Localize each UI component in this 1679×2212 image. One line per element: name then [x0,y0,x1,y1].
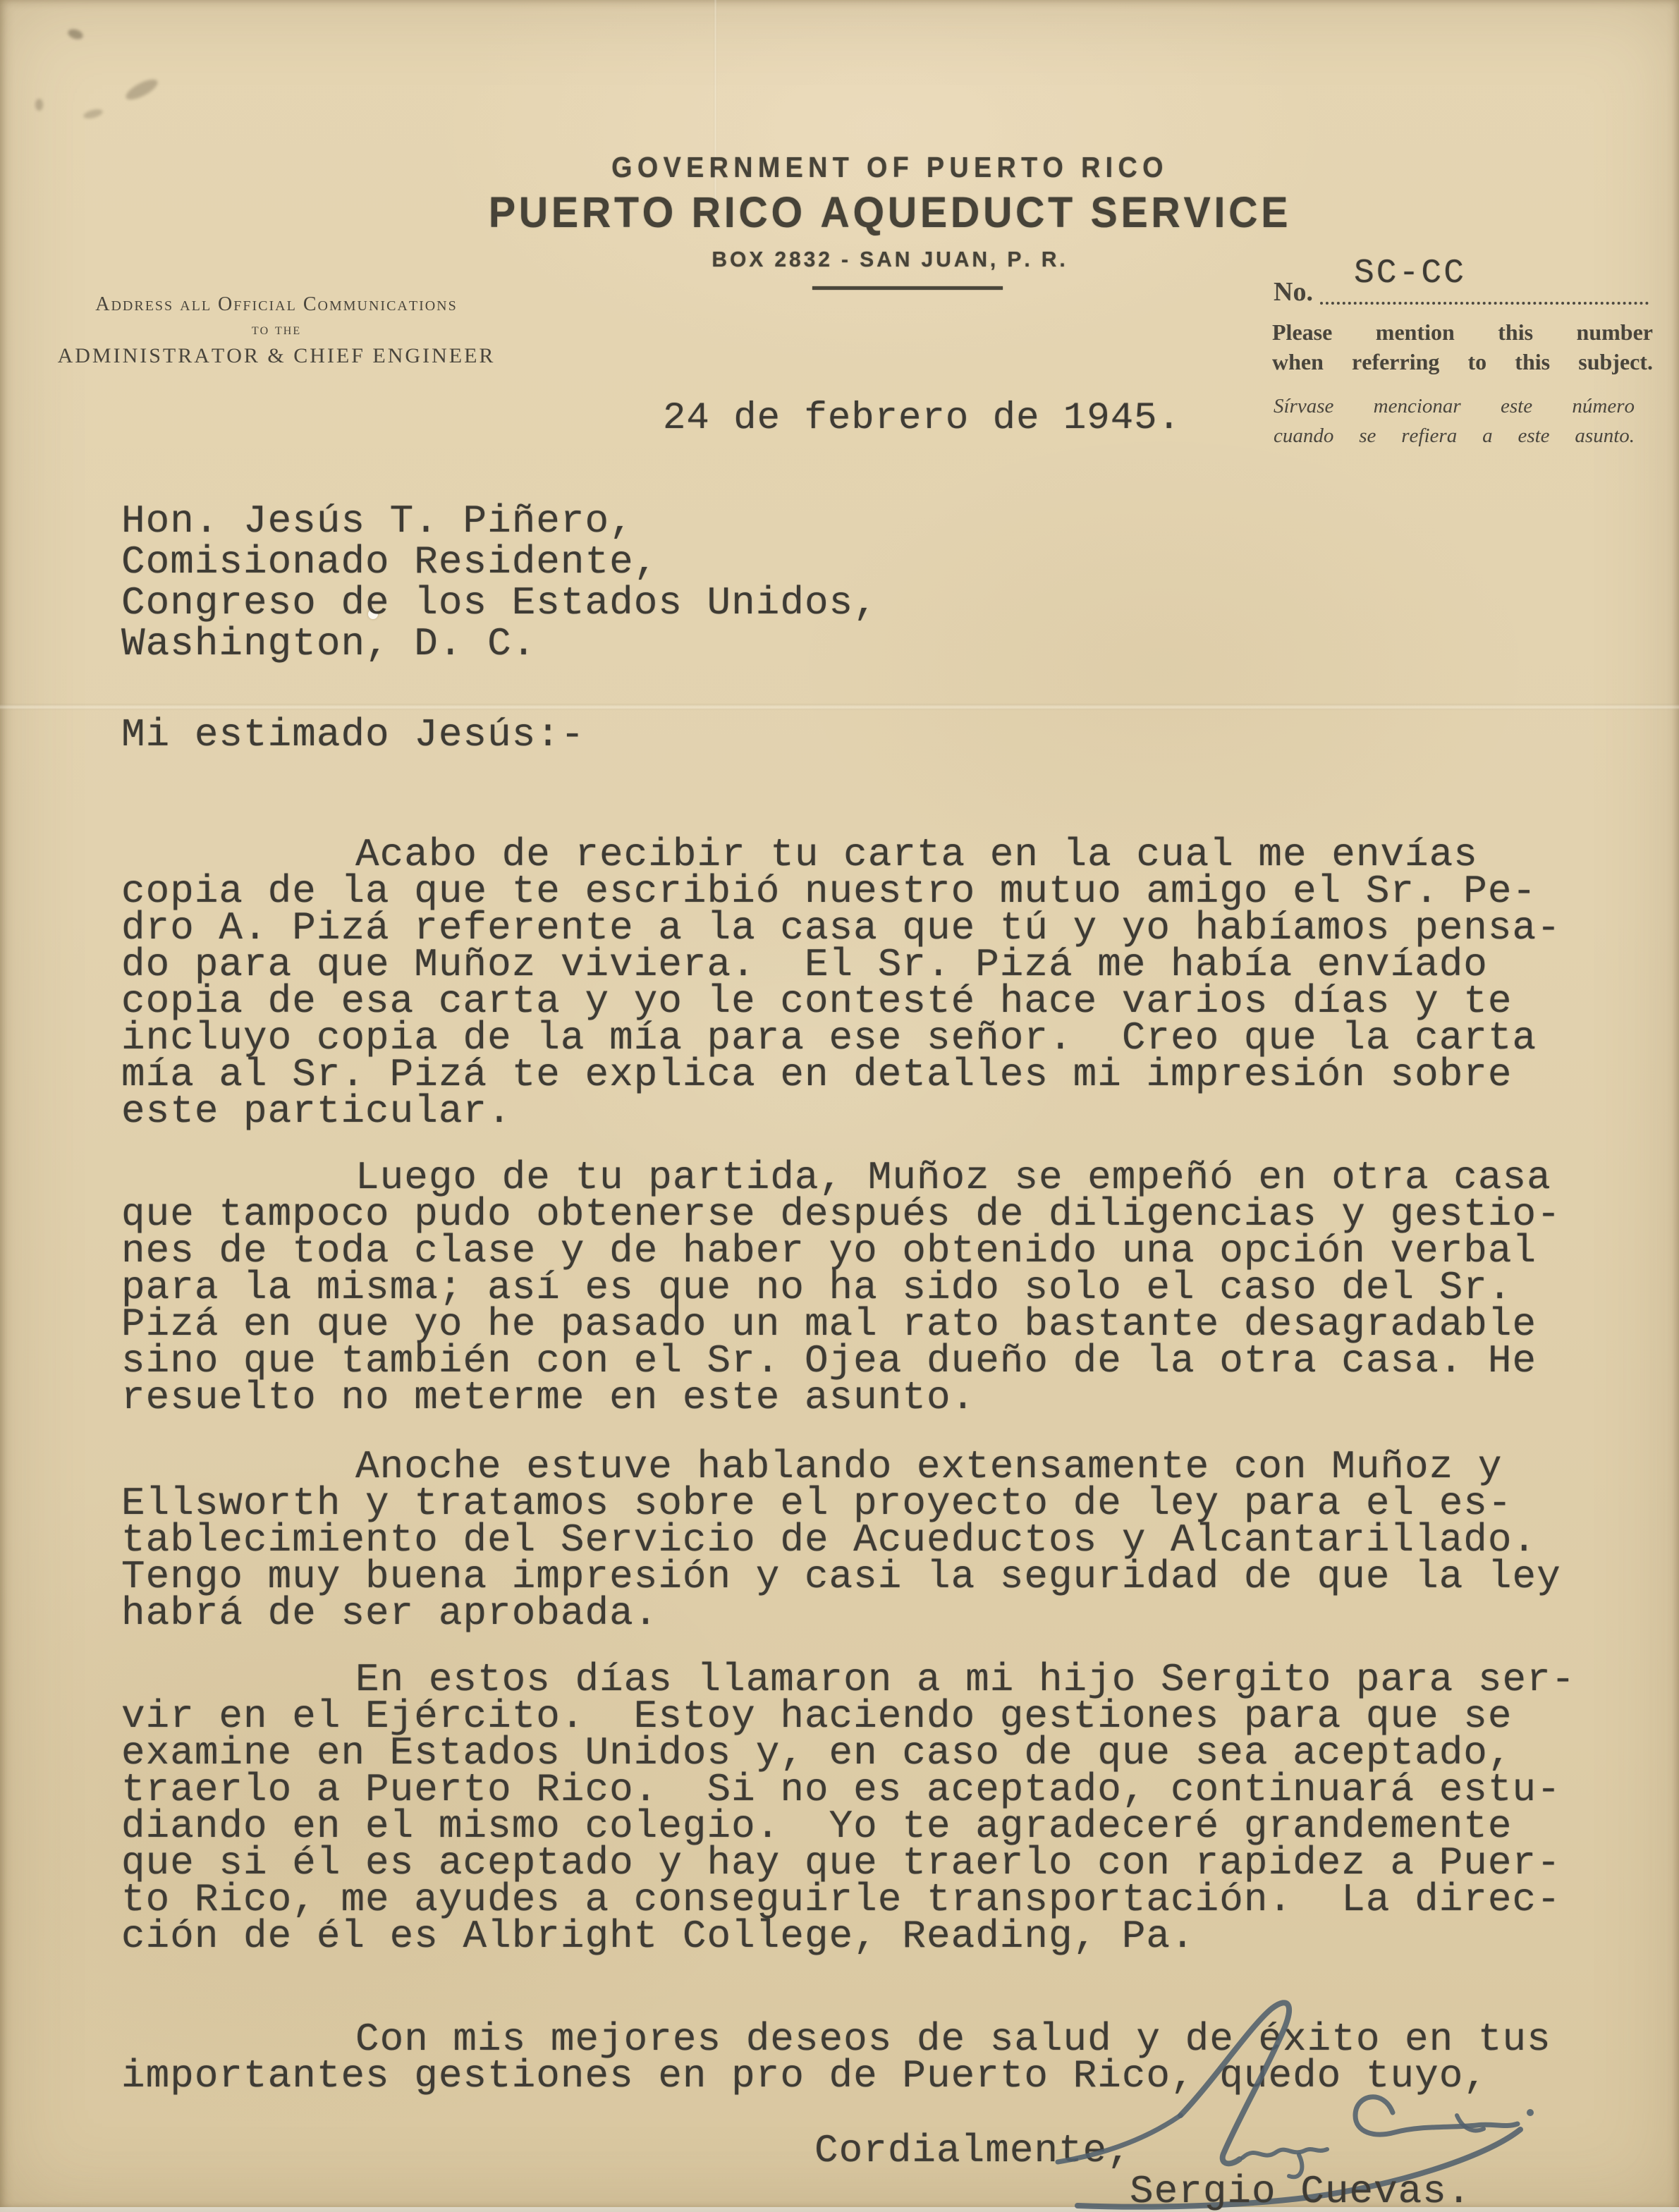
ink-smudge [67,28,85,41]
letter-page: GOVERNMENT OF PUERTO RICO PUERTO RICO AQ… [0,0,1679,2212]
letter-line: que si él es aceptado y hay que traerlo … [121,1845,1595,1881]
letter-line: examine en Estados Unidos y, en caso de … [121,1735,1595,1771]
ink-smudge [83,108,104,121]
reference-number-label: No. [1274,276,1313,307]
recipient-line: Hon. Jesús T. Piñero, [121,501,878,542]
ink-smudge [35,99,43,111]
body-paragraph: Anoche estuve hablando extensamente con … [121,1448,1595,1632]
letter-line: Acabo de recibir tu carta en la cual me … [121,836,1595,873]
letter-line: resuelto no meterme en este asunto. [121,1379,1595,1416]
letter-line: tablecimiento del Servicio de Acueductos… [121,1522,1595,1558]
typed-signature-name: Sergio Cuevas. [1130,2173,1471,2210]
letter-line: que tampoco pudo obtenerse después de di… [121,1196,1595,1233]
letter-line: para la misma; así es que no ha sido sol… [121,1269,1595,1306]
letter-line: nes de toda clase y de haber yo obtenido… [121,1233,1595,1269]
address-note-line1: Address all Official Communications [95,293,457,316]
letter-line: do para que Muñoz viviera. El Sr. Pizá m… [121,946,1595,983]
ink-smudge [123,75,161,103]
letter-line: traerlo a Puerto Rico. Si no es aceptado… [121,1771,1595,1808]
reference-note-english: when referring to this subject. [1272,347,1653,377]
salutation: Mi estimado Jesús:- [121,716,585,753]
letterhead-rule [812,286,1003,290]
body-paragraph: Acabo de recibir tu carta en la cual me … [121,836,1595,1130]
letterhead-government: GOVERNMENT OF PUERTO RICO [611,151,1168,184]
letter-line: Luego de tu partida, Muñoz se empeñó en … [121,1159,1595,1196]
letter-line: sino que también con el Sr. Ojea dueño d… [121,1343,1595,1379]
reference-note-english: Please mention this number [1272,317,1653,347]
letter-line: incluyo copia de la mía para ese señor. … [121,1020,1595,1056]
address-note-line3: ADMINISTRATOR & CHIEF ENGINEER [58,344,496,368]
letter-line: Tengo muy buena impresión y casi la segu… [121,1558,1595,1595]
reference-note-spanish: cuando se refiera a este asunto. [1274,422,1635,450]
letter-line: mía al Sr. Pizá te explica en detalles m… [121,1056,1595,1093]
letter-line: Pizá en que yo he pasado un mal rato bas… [121,1306,1595,1343]
letter-line: diando en el mismo colegio. Yo te agrade… [121,1808,1595,1845]
letter-line: En estos días llamaron a mi hijo Sergito… [121,1661,1595,1698]
reference-note-spanish: Sírvase mencionar este número [1274,392,1635,420]
recipient-line: Comisionado Residente, [121,542,878,582]
letter-line: Ellsworth y tratamos sobre el proyecto d… [121,1485,1595,1522]
letter-line: copia de la que te escribió nuestro mutu… [121,873,1595,910]
letter-line: vir en el Ejército. Estoy haciendo gesti… [121,1698,1595,1735]
recipient-line: Washington, D. C. [121,623,878,664]
recipient-address-block: Hon. Jesús T. Piñero,Comisionado Residen… [121,501,878,664]
recipient-line: Congreso de los Estados Unidos, [121,582,878,623]
letter-line: este particular. [121,1093,1595,1130]
body-paragraph: En estos días llamaron a mi hijo Sergito… [121,1661,1595,1955]
letter-line: dro A. Pizá referente a la casa que tú y… [121,910,1595,946]
letter-line: to Rico, me ayudes a conseguirle transpo… [121,1881,1595,1918]
body-paragraph: Luego de tu partida, Muñoz se empeñó en … [121,1159,1595,1416]
fold-crease [0,704,1679,710]
reference-number-value: SC-CC [1354,257,1466,291]
letterhead-service-name: PUERTO RICO AQUEDUCT SERVICE [489,188,1291,237]
letter-line: ción de él es Albright College, Reading,… [121,1918,1595,1955]
date-line: 24 de febrero de 1945. [663,401,1181,437]
letter-line: Anoche estuve hablando extensamente con … [121,1448,1595,1485]
letter-line: habrá de ser aprobada. [121,1595,1595,1632]
letter-line: copia de esa carta y yo le contesté hace… [121,983,1595,1020]
address-note-line2: to the [252,320,301,338]
letterhead-po-box: BOX 2832 - SAN JUAN, P. R. [712,247,1068,272]
